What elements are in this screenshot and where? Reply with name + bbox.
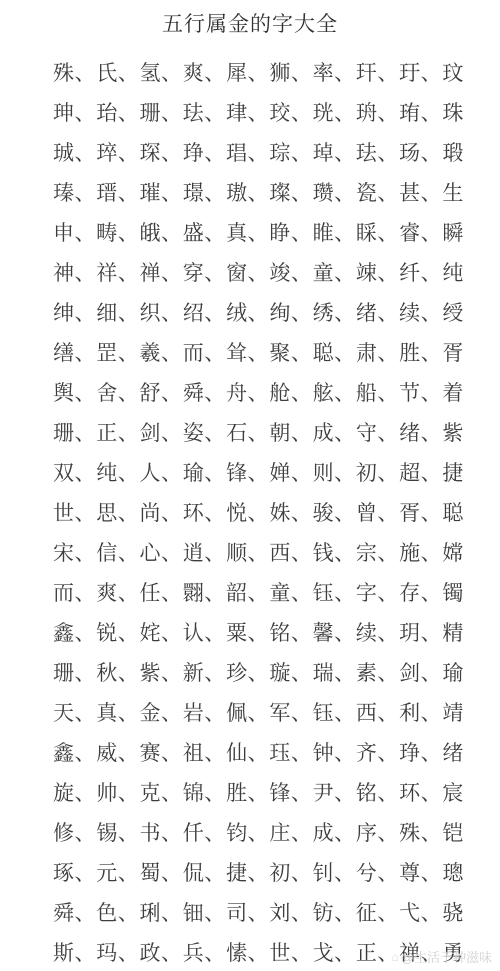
character-cell: 绣、 xyxy=(313,297,356,327)
character-cell: 璈、 xyxy=(226,177,269,207)
character-cell: 穿、 xyxy=(183,257,226,287)
character-cell: 鑫、 xyxy=(53,737,96,767)
character-cell: 尹、 xyxy=(313,777,356,807)
character-row: 瑧、瑨、璀、璟、璈、璨、瓒、瓷、甚、生 xyxy=(0,172,500,212)
character-cell: 竦、 xyxy=(356,257,399,287)
character-cell: 耸、 xyxy=(226,337,269,367)
character-cell: 胜、 xyxy=(399,337,442,367)
character-cell: 锋、 xyxy=(269,777,312,807)
character-cell: 氏、 xyxy=(96,57,139,87)
character-cell: 璨、 xyxy=(269,177,312,207)
character-cell: 金、 xyxy=(140,697,183,727)
character-cell: 舍、 xyxy=(96,377,139,407)
character-cell: 盛、 xyxy=(183,217,226,247)
character-cell: 珐、 xyxy=(183,97,226,127)
character-cell: 殊、 xyxy=(399,817,442,847)
character-cell: 祥、 xyxy=(96,257,139,287)
character-cell: 剑、 xyxy=(399,657,442,687)
character-cell: 字、 xyxy=(356,577,399,607)
character-cell: 石、 xyxy=(226,417,269,447)
character-row: 珹、琗、琛、琤、琩、琮、琸、珐、玚、瑖 xyxy=(0,132,500,172)
character-cell: 睁、 xyxy=(269,217,312,247)
character-cell: 齐、 xyxy=(356,737,399,767)
character-cell: 童、 xyxy=(313,257,356,287)
character-cell: 瑨、 xyxy=(96,177,139,207)
character-cell: 舜、 xyxy=(53,897,96,927)
character-cell: 剑、 xyxy=(140,417,183,447)
character-cell: 舆、 xyxy=(53,377,96,407)
character-cell: 心、 xyxy=(140,537,183,567)
character-cell: 舷、 xyxy=(313,377,356,407)
character-cell: 紫、 xyxy=(140,657,183,687)
character-cell: 璁 xyxy=(442,857,464,887)
character-row: 琢、元、蜀、侃、捷、初、钊、兮、尊、璁 xyxy=(0,852,500,892)
character-row: 绅、细、织、绍、绒、绚、绣、绪、续、绶 xyxy=(0,292,500,332)
character-row: 鑫、威、赛、祖、仙、珏、钟、齐、琤、绪 xyxy=(0,732,500,772)
character-cell: 节、 xyxy=(399,377,442,407)
character-cell: 申、 xyxy=(53,217,96,247)
character-cell: 真、 xyxy=(226,217,269,247)
character-cell: 粟、 xyxy=(226,617,269,647)
character-cell: 岩、 xyxy=(183,697,226,727)
character-cell: 施、 xyxy=(399,537,442,567)
character-cell: 任、 xyxy=(140,577,183,607)
character-cell: 珏、 xyxy=(269,737,312,767)
character-cell: 睬、 xyxy=(356,217,399,247)
character-cell: 天、 xyxy=(53,697,96,727)
character-cell: 帅、 xyxy=(96,777,139,807)
character-cell: 初、 xyxy=(269,857,312,887)
character-row: 神、祥、禅、穿、窗、竣、童、竦、纤、纯 xyxy=(0,252,500,292)
character-cell: 珊、 xyxy=(140,97,183,127)
watermark: ⌂ @生活千种滋味 xyxy=(392,947,492,966)
character-row: 天、真、金、岩、佩、军、钰、西、利、靖 xyxy=(0,692,500,732)
character-cell: 聪 xyxy=(442,497,464,527)
character-cell: 船、 xyxy=(356,377,399,407)
character-cell: 瓒、 xyxy=(313,177,356,207)
character-cell: 珊、 xyxy=(53,657,96,687)
character-cell: 而、 xyxy=(183,337,226,367)
character-cell: 曾、 xyxy=(356,497,399,527)
character-cell: 钿、 xyxy=(183,897,226,927)
character-cell: 狮、 xyxy=(269,57,312,87)
character-cell: 窗、 xyxy=(226,257,269,287)
character-cell: 珍、 xyxy=(226,657,269,687)
character-cell: 悦、 xyxy=(226,497,269,527)
character-cell: 舜、 xyxy=(183,377,226,407)
character-cell: 镯 xyxy=(442,577,464,607)
character-cell: 元、 xyxy=(96,857,139,887)
character-row: 鑫、锐、姹、认、粟、铭、馨、续、玥、精 xyxy=(0,612,500,652)
character-cell: 竣、 xyxy=(269,257,312,287)
character-cell: 钊、 xyxy=(313,857,356,887)
character-row: 修、锡、书、仟、钧、庄、成、序、殊、铠 xyxy=(0,812,500,852)
character-cell: 玥、 xyxy=(399,617,442,647)
character-cell: 紫 xyxy=(442,417,464,447)
character-cell: 童、 xyxy=(269,577,312,607)
character-cell: 而、 xyxy=(53,577,96,607)
character-row: 缮、罡、羲、而、耸、聚、聪、肃、胜、胥 xyxy=(0,332,500,372)
character-cell: 珐、 xyxy=(356,137,399,167)
character-cell: 绒、 xyxy=(226,297,269,327)
character-cell: 铠 xyxy=(442,817,464,847)
character-cell: 玗、 xyxy=(399,57,442,87)
character-cell: 玟 xyxy=(442,57,464,87)
character-cell: 翾、 xyxy=(183,577,226,607)
character-cell: 素、 xyxy=(356,657,399,687)
character-cell: 瑜 xyxy=(442,657,464,687)
character-cell: 政、 xyxy=(140,937,183,967)
character-cell: 利、 xyxy=(399,697,442,727)
character-cell: 绶 xyxy=(442,297,464,327)
character-row: 双、纯、人、瑜、锋、婵、则、初、超、捷 xyxy=(0,452,500,492)
character-cell: 钱、 xyxy=(313,537,356,567)
character-cell: 细、 xyxy=(96,297,139,327)
character-cell: 锡、 xyxy=(96,817,139,847)
character-cell: 璀、 xyxy=(140,177,183,207)
character-cell: 锦、 xyxy=(183,777,226,807)
character-cell: 嫦 xyxy=(442,537,464,567)
character-cell: 姝、 xyxy=(269,497,312,527)
character-cell: 琍、 xyxy=(140,897,183,927)
character-cell: 睢、 xyxy=(313,217,356,247)
character-cell: 环、 xyxy=(183,497,226,527)
character-cell: 珹、 xyxy=(53,137,96,167)
character-row: 殊、氏、氢、爽、犀、狮、率、玕、玗、玟 xyxy=(0,52,500,92)
character-cell: 修、 xyxy=(53,817,96,847)
character-cell: 舒、 xyxy=(140,377,183,407)
character-cell: 羲、 xyxy=(140,337,183,367)
character-cell: 守、 xyxy=(356,417,399,447)
character-cell: 逍、 xyxy=(183,537,226,567)
character-cell: 胥、 xyxy=(399,497,442,527)
character-cell: 瓷、 xyxy=(356,177,399,207)
character-cell: 初、 xyxy=(356,457,399,487)
character-cell: 舱、 xyxy=(269,377,312,407)
character-cell: 世、 xyxy=(53,497,96,527)
character-cell: 宋、 xyxy=(53,537,96,567)
character-cell: 爽、 xyxy=(183,57,226,87)
character-cell: 信、 xyxy=(96,537,139,567)
character-cell: 琗、 xyxy=(96,137,139,167)
character-cell: 姿、 xyxy=(183,417,226,447)
character-cell: 珛、 xyxy=(399,97,442,127)
character-cell: 纤、 xyxy=(399,257,442,287)
character-cell: 双、 xyxy=(53,457,96,487)
character-cell: 征、 xyxy=(356,897,399,927)
character-cell: 宸 xyxy=(442,777,464,807)
character-cell: 锐、 xyxy=(96,617,139,647)
character-cell: 精 xyxy=(442,617,464,647)
character-cell: 序、 xyxy=(356,817,399,847)
character-cell: 人、 xyxy=(140,457,183,487)
character-cell: 司、 xyxy=(226,897,269,927)
character-cell: 璇、 xyxy=(269,657,312,687)
character-cell: 捷 xyxy=(442,457,464,487)
character-row: 珊、秋、紫、新、珍、璇、瑞、素、剑、瑜 xyxy=(0,652,500,692)
character-cell: 弋、 xyxy=(399,897,442,927)
character-cell: 尊、 xyxy=(399,857,442,887)
character-rows: 殊、氏、氢、爽、犀、狮、率、玕、玗、玟珅、珆、珊、珐、珒、珓、珖、珘、珛、珠珹、… xyxy=(0,52,500,971)
watermark-text: @生活千种滋味 xyxy=(401,947,492,966)
character-cell: 钟、 xyxy=(313,737,356,767)
character-cell: 珓、 xyxy=(269,97,312,127)
character-cell: 珊、 xyxy=(53,417,96,447)
character-cell: 朝、 xyxy=(269,417,312,447)
character-cell: 绚、 xyxy=(269,297,312,327)
character-cell: 玕、 xyxy=(356,57,399,87)
character-cell: 绍、 xyxy=(183,297,226,327)
character-cell: 胥 xyxy=(442,337,464,367)
character-cell: 珠 xyxy=(442,97,464,127)
character-cell: 铭、 xyxy=(356,777,399,807)
character-cell: 瑞、 xyxy=(313,657,356,687)
character-cell: 钫、 xyxy=(313,897,356,927)
character-cell: 珖、 xyxy=(313,97,356,127)
character-cell: 环、 xyxy=(399,777,442,807)
character-cell: 西、 xyxy=(356,697,399,727)
character-row: 珅、珆、珊、珐、珒、珓、珖、珘、珛、珠 xyxy=(0,92,500,132)
character-cell: 缮、 xyxy=(53,337,96,367)
character-cell: 存、 xyxy=(399,577,442,607)
character-cell: 皒、 xyxy=(140,217,183,247)
character-cell: 琤、 xyxy=(399,737,442,767)
character-cell: 琢、 xyxy=(53,857,96,887)
character-row: 申、畴、皒、盛、真、睁、睢、睬、睿、瞬 xyxy=(0,212,500,252)
character-row: 旋、帅、克、锦、胜、锋、尹、铭、环、宸 xyxy=(0,772,500,812)
character-cell: 军、 xyxy=(269,697,312,727)
character-cell: 婵、 xyxy=(269,457,312,487)
character-row: 珊、正、剑、姿、石、朝、成、守、绪、紫 xyxy=(0,412,500,452)
character-cell: 续、 xyxy=(399,297,442,327)
character-cell: 正、 xyxy=(96,417,139,447)
character-cell: 鑫、 xyxy=(53,617,96,647)
character-cell: 钰、 xyxy=(313,577,356,607)
character-cell: 琤、 xyxy=(183,137,226,167)
character-cell: 骁 xyxy=(442,897,464,927)
character-cell: 珆、 xyxy=(96,97,139,127)
character-cell: 珒、 xyxy=(226,97,269,127)
character-cell: 畴、 xyxy=(96,217,139,247)
character-cell: 旋、 xyxy=(53,777,96,807)
character-cell: 肃、 xyxy=(356,337,399,367)
character-row: 而、爽、任、翾、韶、童、钰、字、存、镯 xyxy=(0,572,500,612)
character-cell: 铭、 xyxy=(269,617,312,647)
character-cell: 瑜、 xyxy=(183,457,226,487)
character-cell: 书、 xyxy=(140,817,183,847)
character-cell: 斯、 xyxy=(53,937,96,967)
character-cell: 玚、 xyxy=(399,137,442,167)
character-cell: 聪、 xyxy=(313,337,356,367)
character-cell: 仟、 xyxy=(183,817,226,847)
character-cell: 绪、 xyxy=(356,297,399,327)
character-cell: 真、 xyxy=(96,697,139,727)
character-cell: 超、 xyxy=(399,457,442,487)
character-cell: 世、 xyxy=(269,937,312,967)
character-cell: 赛、 xyxy=(140,737,183,767)
character-cell: 爽、 xyxy=(96,577,139,607)
character-cell: 兮、 xyxy=(356,857,399,887)
character-cell: 愫、 xyxy=(226,937,269,967)
character-cell: 珅、 xyxy=(53,97,96,127)
character-cell: 兵、 xyxy=(183,937,226,967)
character-cell: 瑖 xyxy=(442,137,464,167)
character-cell: 着 xyxy=(442,377,464,407)
character-cell: 认、 xyxy=(183,617,226,647)
character-cell: 庄、 xyxy=(269,817,312,847)
character-cell: 尚、 xyxy=(140,497,183,527)
character-cell: 纯 xyxy=(442,257,464,287)
character-row: 舜、色、琍、钿、司、刘、钫、征、弋、骁 xyxy=(0,892,500,932)
character-cell: 钧、 xyxy=(226,817,269,847)
character-cell: 捷、 xyxy=(226,857,269,887)
character-cell: 则、 xyxy=(313,457,356,487)
character-cell: 祖、 xyxy=(183,737,226,767)
character-cell: 靖 xyxy=(442,697,464,727)
character-cell: 顺、 xyxy=(226,537,269,567)
character-cell: 秋、 xyxy=(96,657,139,687)
character-cell: 西、 xyxy=(269,537,312,567)
character-cell: 殊、 xyxy=(53,57,96,87)
character-cell: 禅、 xyxy=(140,257,183,287)
character-cell: 织、 xyxy=(140,297,183,327)
character-cell: 胜、 xyxy=(226,777,269,807)
character-cell: 姹、 xyxy=(140,617,183,647)
character-cell: 琮、 xyxy=(269,137,312,167)
character-cell: 玛、 xyxy=(96,937,139,967)
character-cell: 宗、 xyxy=(356,537,399,567)
character-cell: 绪、 xyxy=(399,417,442,447)
character-cell: 绅、 xyxy=(53,297,96,327)
character-cell: 纯、 xyxy=(96,457,139,487)
character-cell: 聚、 xyxy=(269,337,312,367)
character-cell: 馨、 xyxy=(313,617,356,647)
character-cell: 刘、 xyxy=(269,897,312,927)
document-page: 五行属金的字大全 殊、氏、氢、爽、犀、狮、率、玕、玗、玟珅、珆、珊、珐、珒、珓、… xyxy=(0,0,500,971)
character-cell: 新、 xyxy=(183,657,226,687)
character-cell: 成、 xyxy=(313,417,356,447)
character-cell: 瞬 xyxy=(442,217,464,247)
character-cell: 瑧、 xyxy=(53,177,96,207)
character-cell: 率、 xyxy=(313,57,356,87)
character-cell: 神、 xyxy=(53,257,96,287)
character-cell: 犀、 xyxy=(226,57,269,87)
character-cell: 锋、 xyxy=(226,457,269,487)
page-title: 五行属金的字大全 xyxy=(0,0,500,46)
character-cell: 韶、 xyxy=(226,577,269,607)
character-cell: 色、 xyxy=(96,897,139,927)
character-cell: 威、 xyxy=(96,737,139,767)
character-cell: 蜀、 xyxy=(140,857,183,887)
character-cell: 侃、 xyxy=(183,857,226,887)
character-cell: 舟、 xyxy=(226,377,269,407)
home-icon: ⌂ xyxy=(392,951,399,963)
character-cell: 骏、 xyxy=(313,497,356,527)
character-cell: 思、 xyxy=(96,497,139,527)
character-cell: 罡、 xyxy=(96,337,139,367)
character-cell: 戈、 xyxy=(313,937,356,967)
character-cell: 生 xyxy=(442,177,464,207)
character-cell: 甚、 xyxy=(399,177,442,207)
character-cell: 琸、 xyxy=(313,137,356,167)
character-cell: 璟、 xyxy=(183,177,226,207)
character-cell: 琛、 xyxy=(140,137,183,167)
character-cell: 琩、 xyxy=(226,137,269,167)
character-row: 宋、信、心、逍、顺、西、钱、宗、施、嫦 xyxy=(0,532,500,572)
character-cell: 续、 xyxy=(356,617,399,647)
character-cell: 绪 xyxy=(442,737,464,767)
character-row: 舆、舍、舒、舜、舟、舱、舷、船、节、着 xyxy=(0,372,500,412)
character-cell: 仙、 xyxy=(226,737,269,767)
character-cell: 氢、 xyxy=(140,57,183,87)
character-cell: 佩、 xyxy=(226,697,269,727)
character-cell: 钰、 xyxy=(313,697,356,727)
character-cell: 睿、 xyxy=(399,217,442,247)
character-cell: 克、 xyxy=(140,777,183,807)
character-row: 世、思、尚、环、悦、姝、骏、曾、胥、聪 xyxy=(0,492,500,532)
character-cell: 成、 xyxy=(313,817,356,847)
character-cell: 珘、 xyxy=(356,97,399,127)
